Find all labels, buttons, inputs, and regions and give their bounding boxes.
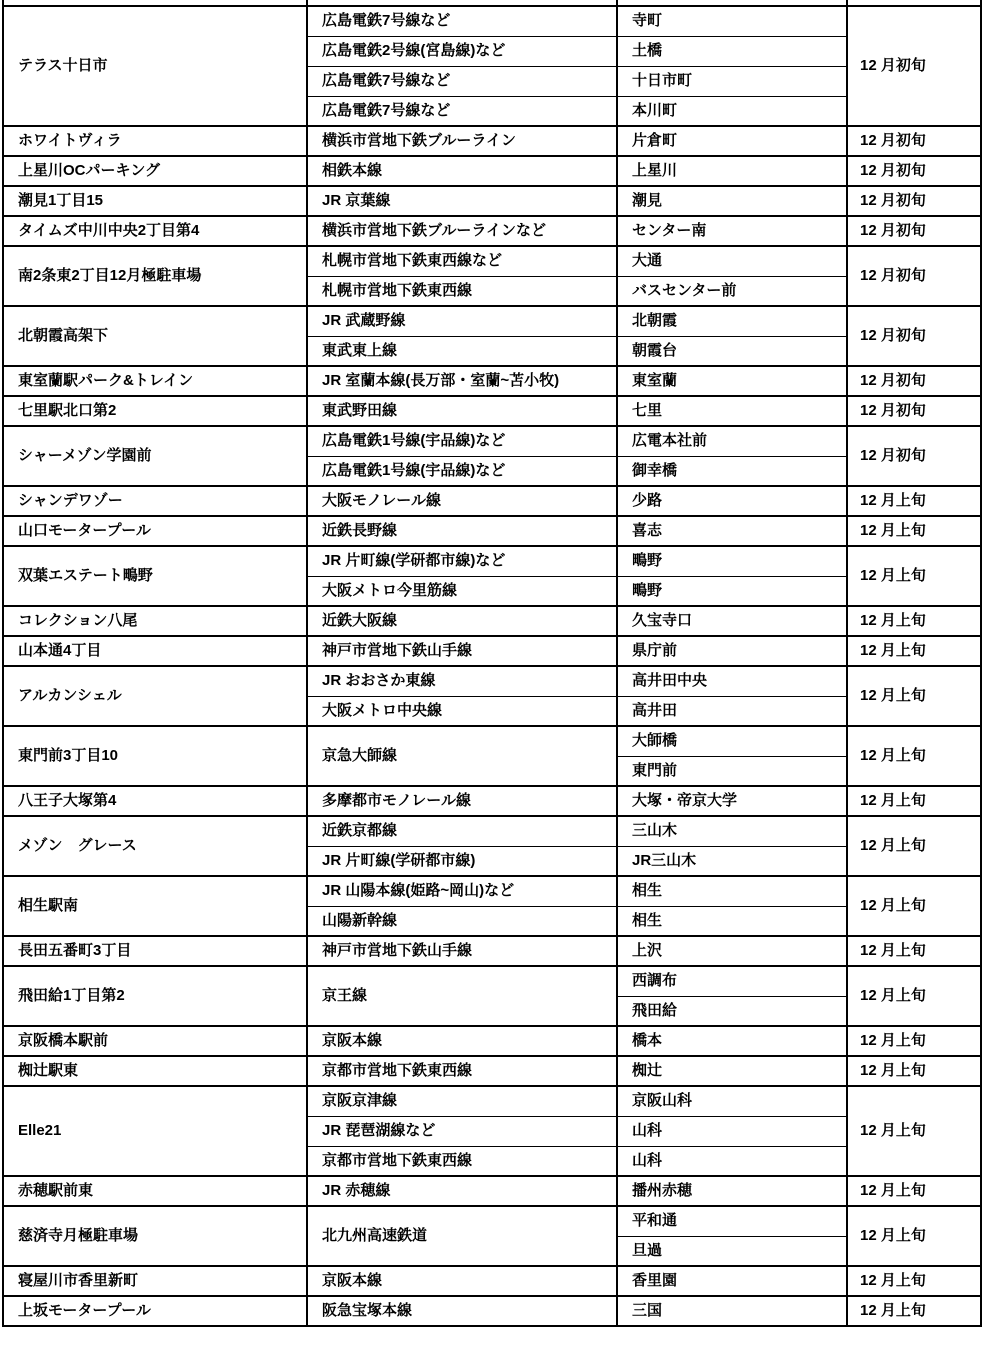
station-cell: 西調布	[617, 966, 847, 996]
parking-name-cell: 長田五番町3丁目	[3, 936, 307, 966]
availability-date-cell: 12 月上旬	[847, 1266, 981, 1296]
station-cell: 東門前	[617, 756, 847, 786]
parking-name-cell: 潮見1丁目15	[3, 186, 307, 216]
table-row: シャーメゾン学園前広島電鉄1号線(宇品線)など広電本社前12 月初旬	[3, 426, 981, 456]
parking-name-cell: コレクション八尾	[3, 606, 307, 636]
rail-line-cell: 横浜市営地下鉄ブルーライン	[307, 126, 617, 156]
availability-date-cell: 12 月上旬	[847, 1086, 981, 1176]
station-cell: 山科	[617, 1146, 847, 1176]
availability-date-cell: 12 月上旬	[847, 1296, 981, 1326]
station-cell: 少路	[617, 486, 847, 516]
table-row: 上坂モータープール阪急宝塚本線三国12 月上旬	[3, 1296, 981, 1326]
station-cell: 潮見	[617, 186, 847, 216]
rail-line-cell: JR 琵琶湖線など	[307, 1116, 617, 1146]
station-cell: 椥辻	[617, 1056, 847, 1086]
parking-name-cell: 山本通4丁目	[3, 636, 307, 666]
station-cell: 上星川	[617, 156, 847, 186]
station-cell: 飛田給	[617, 996, 847, 1026]
station-cell: 橋本	[617, 1026, 847, 1056]
availability-date-cell: 12 月初旬	[847, 126, 981, 156]
rail-line-cell: 広島電鉄7号線など	[307, 6, 617, 36]
rail-line-cell: 京王線	[307, 966, 617, 1026]
table-row: 飛田給1丁目第2京王線西調布12 月上旬	[3, 966, 981, 996]
rail-line-cell: JR 赤穂線	[307, 1176, 617, 1206]
parking-name-cell: ホワイトヴィラ	[3, 126, 307, 156]
availability-date-cell: 12 月初旬	[847, 216, 981, 246]
parking-name-cell: 上坂モータープール	[3, 1296, 307, 1326]
rail-line-cell: 阪急宝塚本線	[307, 1296, 617, 1326]
parking-name-cell: 七里駅北口第2	[3, 396, 307, 426]
station-cell: 旦過	[617, 1236, 847, 1266]
rail-line-cell: 山陽新幹線	[307, 906, 617, 936]
parking-name-cell: 北朝霞高架下	[3, 306, 307, 366]
table-row: シャンデワゾー大阪モノレール線少路12 月上旬	[3, 486, 981, 516]
parking-table-body: テラス十日市広島電鉄7号線など寺町12 月初旬広島電鉄2号線(宮島線)など土橋広…	[3, 0, 981, 1326]
table-row: 相生駅南JR 山陽本線(姫路~岡山)など相生12 月上旬	[3, 876, 981, 906]
station-cell: 広電本社前	[617, 426, 847, 456]
availability-date-cell: 12 月上旬	[847, 816, 981, 876]
availability-date-cell: 12 月上旬	[847, 1176, 981, 1206]
rail-line-cell: JR 武蔵野線	[307, 306, 617, 336]
rail-line-cell: 神戸市営地下鉄山手線	[307, 936, 617, 966]
availability-date-cell: 12 月上旬	[847, 1206, 981, 1266]
rail-line-cell: 神戸市営地下鉄山手線	[307, 636, 617, 666]
station-cell: センター南	[617, 216, 847, 246]
rail-line-cell: 近鉄大阪線	[307, 606, 617, 636]
station-cell: 北朝霞	[617, 306, 847, 336]
rail-line-cell: 東武東上線	[307, 336, 617, 366]
availability-date-cell: 12 月初旬	[847, 156, 981, 186]
rail-line-cell: 大阪メトロ中央線	[307, 696, 617, 726]
table-row: テラス十日市広島電鉄7号線など寺町12 月初旬	[3, 6, 981, 36]
availability-date-cell: 12 月上旬	[847, 966, 981, 1026]
rail-line-cell: 近鉄長野線	[307, 516, 617, 546]
parking-name-cell: アルカンシェル	[3, 666, 307, 726]
rail-line-cell: 京阪本線	[307, 1266, 617, 1296]
rail-line-cell: 広島電鉄7号線など	[307, 66, 617, 96]
station-cell: 朝霞台	[617, 336, 847, 366]
table-row: 上星川OCパーキング相鉄本線上星川12 月初旬	[3, 156, 981, 186]
table-row: 寝屋川市香里新町京阪本線香里園12 月上旬	[3, 1266, 981, 1296]
rail-line-cell: 京阪本線	[307, 1026, 617, 1056]
availability-date-cell: 12 月上旬	[847, 486, 981, 516]
parking-name-cell: 椥辻駅東	[3, 1056, 307, 1086]
table-row: 京阪橋本駅前京阪本線橋本12 月上旬	[3, 1026, 981, 1056]
parking-name-cell: 東室蘭駅パーク&トレイン	[3, 366, 307, 396]
availability-date-cell: 12 月上旬	[847, 876, 981, 936]
rail-line-cell: 札幌市営地下鉄東西線など	[307, 246, 617, 276]
table-row: 東室蘭駅パーク&トレインJR 室蘭本線(長万部・室蘭~苫小牧)東室蘭12 月初旬	[3, 366, 981, 396]
rail-line-cell: JR おおさか東線	[307, 666, 617, 696]
station-cell: 京阪山科	[617, 1086, 847, 1116]
availability-date-cell: 12 月上旬	[847, 636, 981, 666]
rail-line-cell: 多摩都市モノレール線	[307, 786, 617, 816]
rail-line-cell: 広島電鉄2号線(宮島線)など	[307, 36, 617, 66]
table-row: 山本通4丁目神戸市営地下鉄山手線県庁前12 月上旬	[3, 636, 981, 666]
table-row: 南2条東2丁目12月極駐車場札幌市営地下鉄東西線など大通12 月初旬	[3, 246, 981, 276]
station-cell: 七里	[617, 396, 847, 426]
station-cell: 鴫野	[617, 546, 847, 576]
station-cell: 寺町	[617, 6, 847, 36]
table-row: メゾン グレース近鉄京都線三山木12 月上旬	[3, 816, 981, 846]
parking-name-cell: Elle21	[3, 1086, 307, 1176]
station-cell: バスセンター前	[617, 276, 847, 306]
availability-date-cell: 12 月初旬	[847, 426, 981, 486]
station-cell: 御幸橋	[617, 456, 847, 486]
availability-date-cell: 12 月上旬	[847, 786, 981, 816]
availability-date-cell: 12 月初旬	[847, 186, 981, 216]
parking-name-cell: 寝屋川市香里新町	[3, 1266, 307, 1296]
parking-name-cell: 山口モータープール	[3, 516, 307, 546]
availability-date-cell: 12 月上旬	[847, 1026, 981, 1056]
station-cell: 山科	[617, 1116, 847, 1146]
parking-name-cell: 相生駅南	[3, 876, 307, 936]
rail-line-cell: JR 片町線(学研都市線)など	[307, 546, 617, 576]
parking-name-cell: 上星川OCパーキング	[3, 156, 307, 186]
parking-name-cell: 八王子大塚第4	[3, 786, 307, 816]
station-cell: 大通	[617, 246, 847, 276]
table-row: 山口モータープール近鉄長野線喜志12 月上旬	[3, 516, 981, 546]
rail-line-cell: JR 京葉線	[307, 186, 617, 216]
station-cell: JR三山木	[617, 846, 847, 876]
station-cell: 三山木	[617, 816, 847, 846]
parking-table: テラス十日市広島電鉄7号線など寺町12 月初旬広島電鉄2号線(宮島線)など土橋広…	[2, 0, 982, 1327]
table-row: 東門前3丁目10京急大師線大師橋12 月上旬	[3, 726, 981, 756]
page: テラス十日市広島電鉄7号線など寺町12 月初旬広島電鉄2号線(宮島線)など土橋広…	[0, 0, 982, 1346]
table-row: 北朝霞高架下JR 武蔵野線北朝霞12 月初旬	[3, 306, 981, 336]
table-row: 潮見1丁目15JR 京葉線潮見12 月初旬	[3, 186, 981, 216]
table-row: ホワイトヴィラ横浜市営地下鉄ブルーライン片倉町12 月初旬	[3, 126, 981, 156]
availability-date-cell: 12 月上旬	[847, 936, 981, 966]
station-cell: 高井田	[617, 696, 847, 726]
station-cell: 片倉町	[617, 126, 847, 156]
rail-line-cell: 大阪メトロ今里筋線	[307, 576, 617, 606]
station-cell: 上沢	[617, 936, 847, 966]
parking-name-cell: タイムズ中川中央2丁目第4	[3, 216, 307, 246]
station-cell: 喜志	[617, 516, 847, 546]
availability-date-cell: 12 月上旬	[847, 546, 981, 606]
rail-line-cell: 東武野田線	[307, 396, 617, 426]
table-row: 七里駅北口第2東武野田線七里12 月初旬	[3, 396, 981, 426]
parking-name-cell: メゾン グレース	[3, 816, 307, 876]
station-cell: 本川町	[617, 96, 847, 126]
availability-date-cell: 12 月上旬	[847, 516, 981, 546]
rail-line-cell: 京急大師線	[307, 726, 617, 786]
table-row: タイムズ中川中央2丁目第4横浜市営地下鉄ブルーラインなどセンター南12 月初旬	[3, 216, 981, 246]
station-cell: 土橋	[617, 36, 847, 66]
rail-line-cell: JR 室蘭本線(長万部・室蘭~苫小牧)	[307, 366, 617, 396]
parking-name-cell: 赤穂駅前東	[3, 1176, 307, 1206]
station-cell: 三国	[617, 1296, 847, 1326]
parking-name-cell: 飛田給1丁目第2	[3, 966, 307, 1026]
parking-name-cell: テラス十日市	[3, 6, 307, 126]
station-cell: 大塚・帝京大学	[617, 786, 847, 816]
availability-date-cell: 12 月初旬	[847, 246, 981, 306]
rail-line-cell: 京阪京津線	[307, 1086, 617, 1116]
rail-line-cell: 大阪モノレール線	[307, 486, 617, 516]
station-cell: 平和通	[617, 1206, 847, 1236]
station-cell: 香里園	[617, 1266, 847, 1296]
parking-name-cell: 京阪橋本駅前	[3, 1026, 307, 1056]
rail-line-cell: JR 山陽本線(姫路~岡山)など	[307, 876, 617, 906]
rail-line-cell: 広島電鉄1号線(宇品線)など	[307, 456, 617, 486]
rail-line-cell: 近鉄京都線	[307, 816, 617, 846]
table-row: 慈済寺月極駐車場北九州高速鉄道平和通12 月上旬	[3, 1206, 981, 1236]
rail-line-cell: 広島電鉄7号線など	[307, 96, 617, 126]
availability-date-cell: 12 月初旬	[847, 366, 981, 396]
parking-name-cell: シャンデワゾー	[3, 486, 307, 516]
availability-date-cell: 12 月初旬	[847, 306, 981, 366]
station-cell: 県庁前	[617, 636, 847, 666]
table-row: 長田五番町3丁目神戸市営地下鉄山手線上沢12 月上旬	[3, 936, 981, 966]
station-cell: 久宝寺口	[617, 606, 847, 636]
station-cell: 播州赤穂	[617, 1176, 847, 1206]
availability-date-cell: 12 月上旬	[847, 1056, 981, 1086]
station-cell: 大師橋	[617, 726, 847, 756]
table-row: 赤穂駅前東JR 赤穂線播州赤穂12 月上旬	[3, 1176, 981, 1206]
rail-line-cell: 北九州高速鉄道	[307, 1206, 617, 1266]
availability-date-cell: 12 月上旬	[847, 726, 981, 786]
station-cell: 東室蘭	[617, 366, 847, 396]
parking-name-cell: 東門前3丁目10	[3, 726, 307, 786]
parking-name-cell: シャーメゾン学園前	[3, 426, 307, 486]
table-row: 八王子大塚第4多摩都市モノレール線大塚・帝京大学12 月上旬	[3, 786, 981, 816]
table-row: Elle21京阪京津線京阪山科12 月上旬	[3, 1086, 981, 1116]
rail-line-cell: 相鉄本線	[307, 156, 617, 186]
station-cell: 高井田中央	[617, 666, 847, 696]
availability-date-cell: 12 月初旬	[847, 6, 981, 126]
parking-name-cell: 南2条東2丁目12月極駐車場	[3, 246, 307, 306]
rail-line-cell: 京都市営地下鉄東西線	[307, 1056, 617, 1086]
availability-date-cell: 12 月上旬	[847, 606, 981, 636]
rail-line-cell: 横浜市営地下鉄ブルーラインなど	[307, 216, 617, 246]
rail-line-cell: 京都市営地下鉄東西線	[307, 1146, 617, 1176]
rail-line-cell: JR 片町線(学研都市線)	[307, 846, 617, 876]
table-row: アルカンシェルJR おおさか東線高井田中央12 月上旬	[3, 666, 981, 696]
table-row: コレクション八尾近鉄大阪線久宝寺口12 月上旬	[3, 606, 981, 636]
station-cell: 鴫野	[617, 576, 847, 606]
station-cell: 十日市町	[617, 66, 847, 96]
station-cell: 相生	[617, 876, 847, 906]
parking-name-cell: 慈済寺月極駐車場	[3, 1206, 307, 1266]
rail-line-cell: 広島電鉄1号線(宇品線)など	[307, 426, 617, 456]
availability-date-cell: 12 月上旬	[847, 666, 981, 726]
parking-name-cell: 双葉エステート鴫野	[3, 546, 307, 606]
table-row: 双葉エステート鴫野JR 片町線(学研都市線)など鴫野12 月上旬	[3, 546, 981, 576]
station-cell: 相生	[617, 906, 847, 936]
rail-line-cell: 札幌市営地下鉄東西線	[307, 276, 617, 306]
availability-date-cell: 12 月初旬	[847, 396, 981, 426]
table-row: 椥辻駅東京都市営地下鉄東西線椥辻12 月上旬	[3, 1056, 981, 1086]
